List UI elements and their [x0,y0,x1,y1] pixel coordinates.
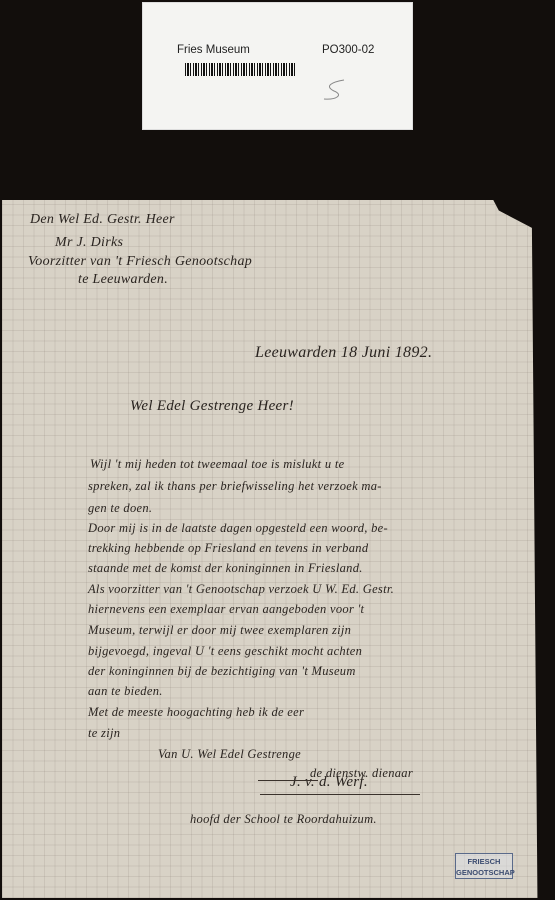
stamp-line: GENOOTSCHAP [456,867,512,878]
barcode-icon [185,63,295,76]
friesch-genootschap-stamp: FRIESCH GENOOTSCHAP [455,853,513,879]
body-line: Als voorzitter van 't Genootschap verzoe… [88,582,394,597]
body-line: Door mij is in de laatste dagen opgestel… [88,521,388,536]
body-line: Met de meeste hoogachting heb ik de eer [88,705,304,720]
body-line: gen te doen. [88,501,152,516]
object-code: PO300-02 [322,44,374,56]
address-line: te Leeuwarden. [78,272,168,288]
body-line: aan te bieden. [88,684,163,699]
body-line: Wijl 't mij heden tot tweemaal toe is mi… [90,457,344,472]
body-line: te zijn [88,726,120,741]
signature-underline [260,794,420,795]
body-line: Museum, terwijl er door mij twee exempla… [88,623,351,638]
body-line: der koninginnen bij de bezichtiging van … [88,664,356,679]
body-line: trekking hebbende op Friesland en tevens… [88,541,368,556]
body-line: staande met de komst der koninginnen in … [88,561,363,576]
handwritten-s-mark-icon [322,78,352,102]
body-line: bijgevoegd, ingeval U 't eens geschikt m… [88,644,362,659]
body-line: hiernevens een exemplaar ervan aangebode… [88,602,364,617]
salutation: Wel Edel Gestrenge Heer! [130,398,294,415]
signature: J. v. d. Werf. [290,774,368,791]
body-line: spreken, zal ik thans per briefwisseling… [88,479,382,494]
museum-label-card: Fries Museum PO300-02 [142,2,413,130]
address-line: Den Wel Ed. Gestr. Heer [30,212,175,228]
stamp-line: FRIESCH [456,856,512,867]
address-line: Voorzitter van 't Friesch Genootschap [28,254,252,270]
closing-line: Van U. Wel Edel Gestrenge [158,747,301,762]
address-line: Mr J. Dirks [55,235,123,251]
signature-flourish [258,780,318,781]
institution-name: Fries Museum [177,44,250,56]
signature-title: hoofd der School te Roordahuizum. [190,812,377,827]
place-date: Leeuwarden 18 Juni 1892. [255,344,432,362]
